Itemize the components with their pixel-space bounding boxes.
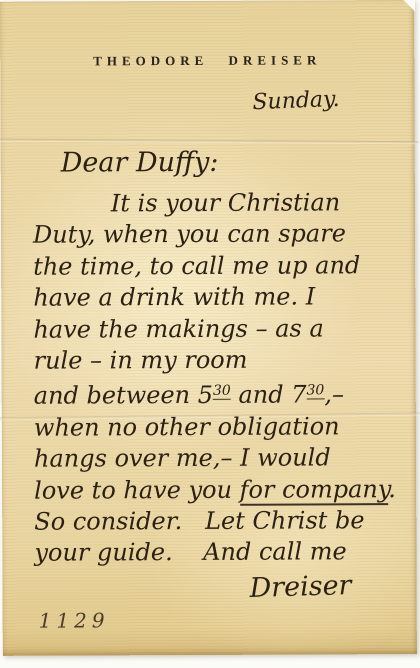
letter-line: rule – in my room [34, 344, 412, 377]
letter-line-segment: love to have you [34, 475, 240, 504]
letter-line-segment: the time, to call me up and [33, 251, 360, 280]
fold-crease-top [0, 139, 419, 145]
letter-paper: THEODORE DREISER Sunday. Dear Duffy: It … [0, 0, 417, 656]
letter-line-segment: have the makings – as a [33, 314, 323, 343]
letter-line: hangs over me,– I would [34, 442, 412, 475]
letterhead: THEODORE DREISER [0, 52, 414, 70]
catalog-number: 1129 [39, 608, 110, 632]
letter-line-segment: your guide. And call me [34, 538, 346, 567]
letter-line: and between 530 and 730,– [34, 375, 412, 412]
letter-line: your guide. And call me [34, 536, 412, 569]
letter-line-segment: So consider. Let Christ be [34, 506, 364, 535]
letter-line: have the makings – as a [33, 313, 411, 346]
letter-line-segment: for company [240, 475, 389, 506]
letter-line: the time, to call me up and [33, 250, 411, 283]
letter-line: when no other obligation [34, 411, 412, 444]
letter-line: have a drink with me. I [33, 281, 411, 314]
letter-line-segment: and between 5 [34, 381, 213, 410]
letter-line: So consider. Let Christ be [34, 505, 412, 538]
letter-line-segment: It is your Christian [111, 188, 340, 217]
letter-line-segment: Duty, when you can spare [33, 220, 346, 249]
letter-line-segment: 30 [213, 383, 231, 400]
letter-line-segment: and 7 [231, 381, 307, 409]
letter-line-segment: have a drink with me. I [33, 283, 315, 312]
letter-line-segment: hangs over me,– I would [34, 444, 331, 473]
letter-line: Duty, when you can spare [33, 218, 411, 251]
scan-background: THEODORE DREISER Sunday. Dear Duffy: It … [0, 0, 420, 668]
date-line: Sunday. [252, 87, 340, 115]
letter-body: It is your ChristianDuty, when you can s… [33, 187, 413, 570]
letter-line: It is your Christian [33, 187, 411, 220]
letter-line-segment: 30 [306, 383, 324, 400]
letter-line-segment: rule – in my room [34, 346, 248, 375]
salutation: Dear Duffy: [61, 147, 219, 179]
paper-corner-clip [402, 0, 415, 12]
signature: Dreiser [249, 570, 352, 604]
letter-line-segment: . [388, 475, 396, 503]
letter-line-segment: when no other obligation [34, 412, 340, 441]
letter-line: love to have you for company. [34, 474, 412, 507]
letter-line-segment: ,– [324, 381, 344, 409]
